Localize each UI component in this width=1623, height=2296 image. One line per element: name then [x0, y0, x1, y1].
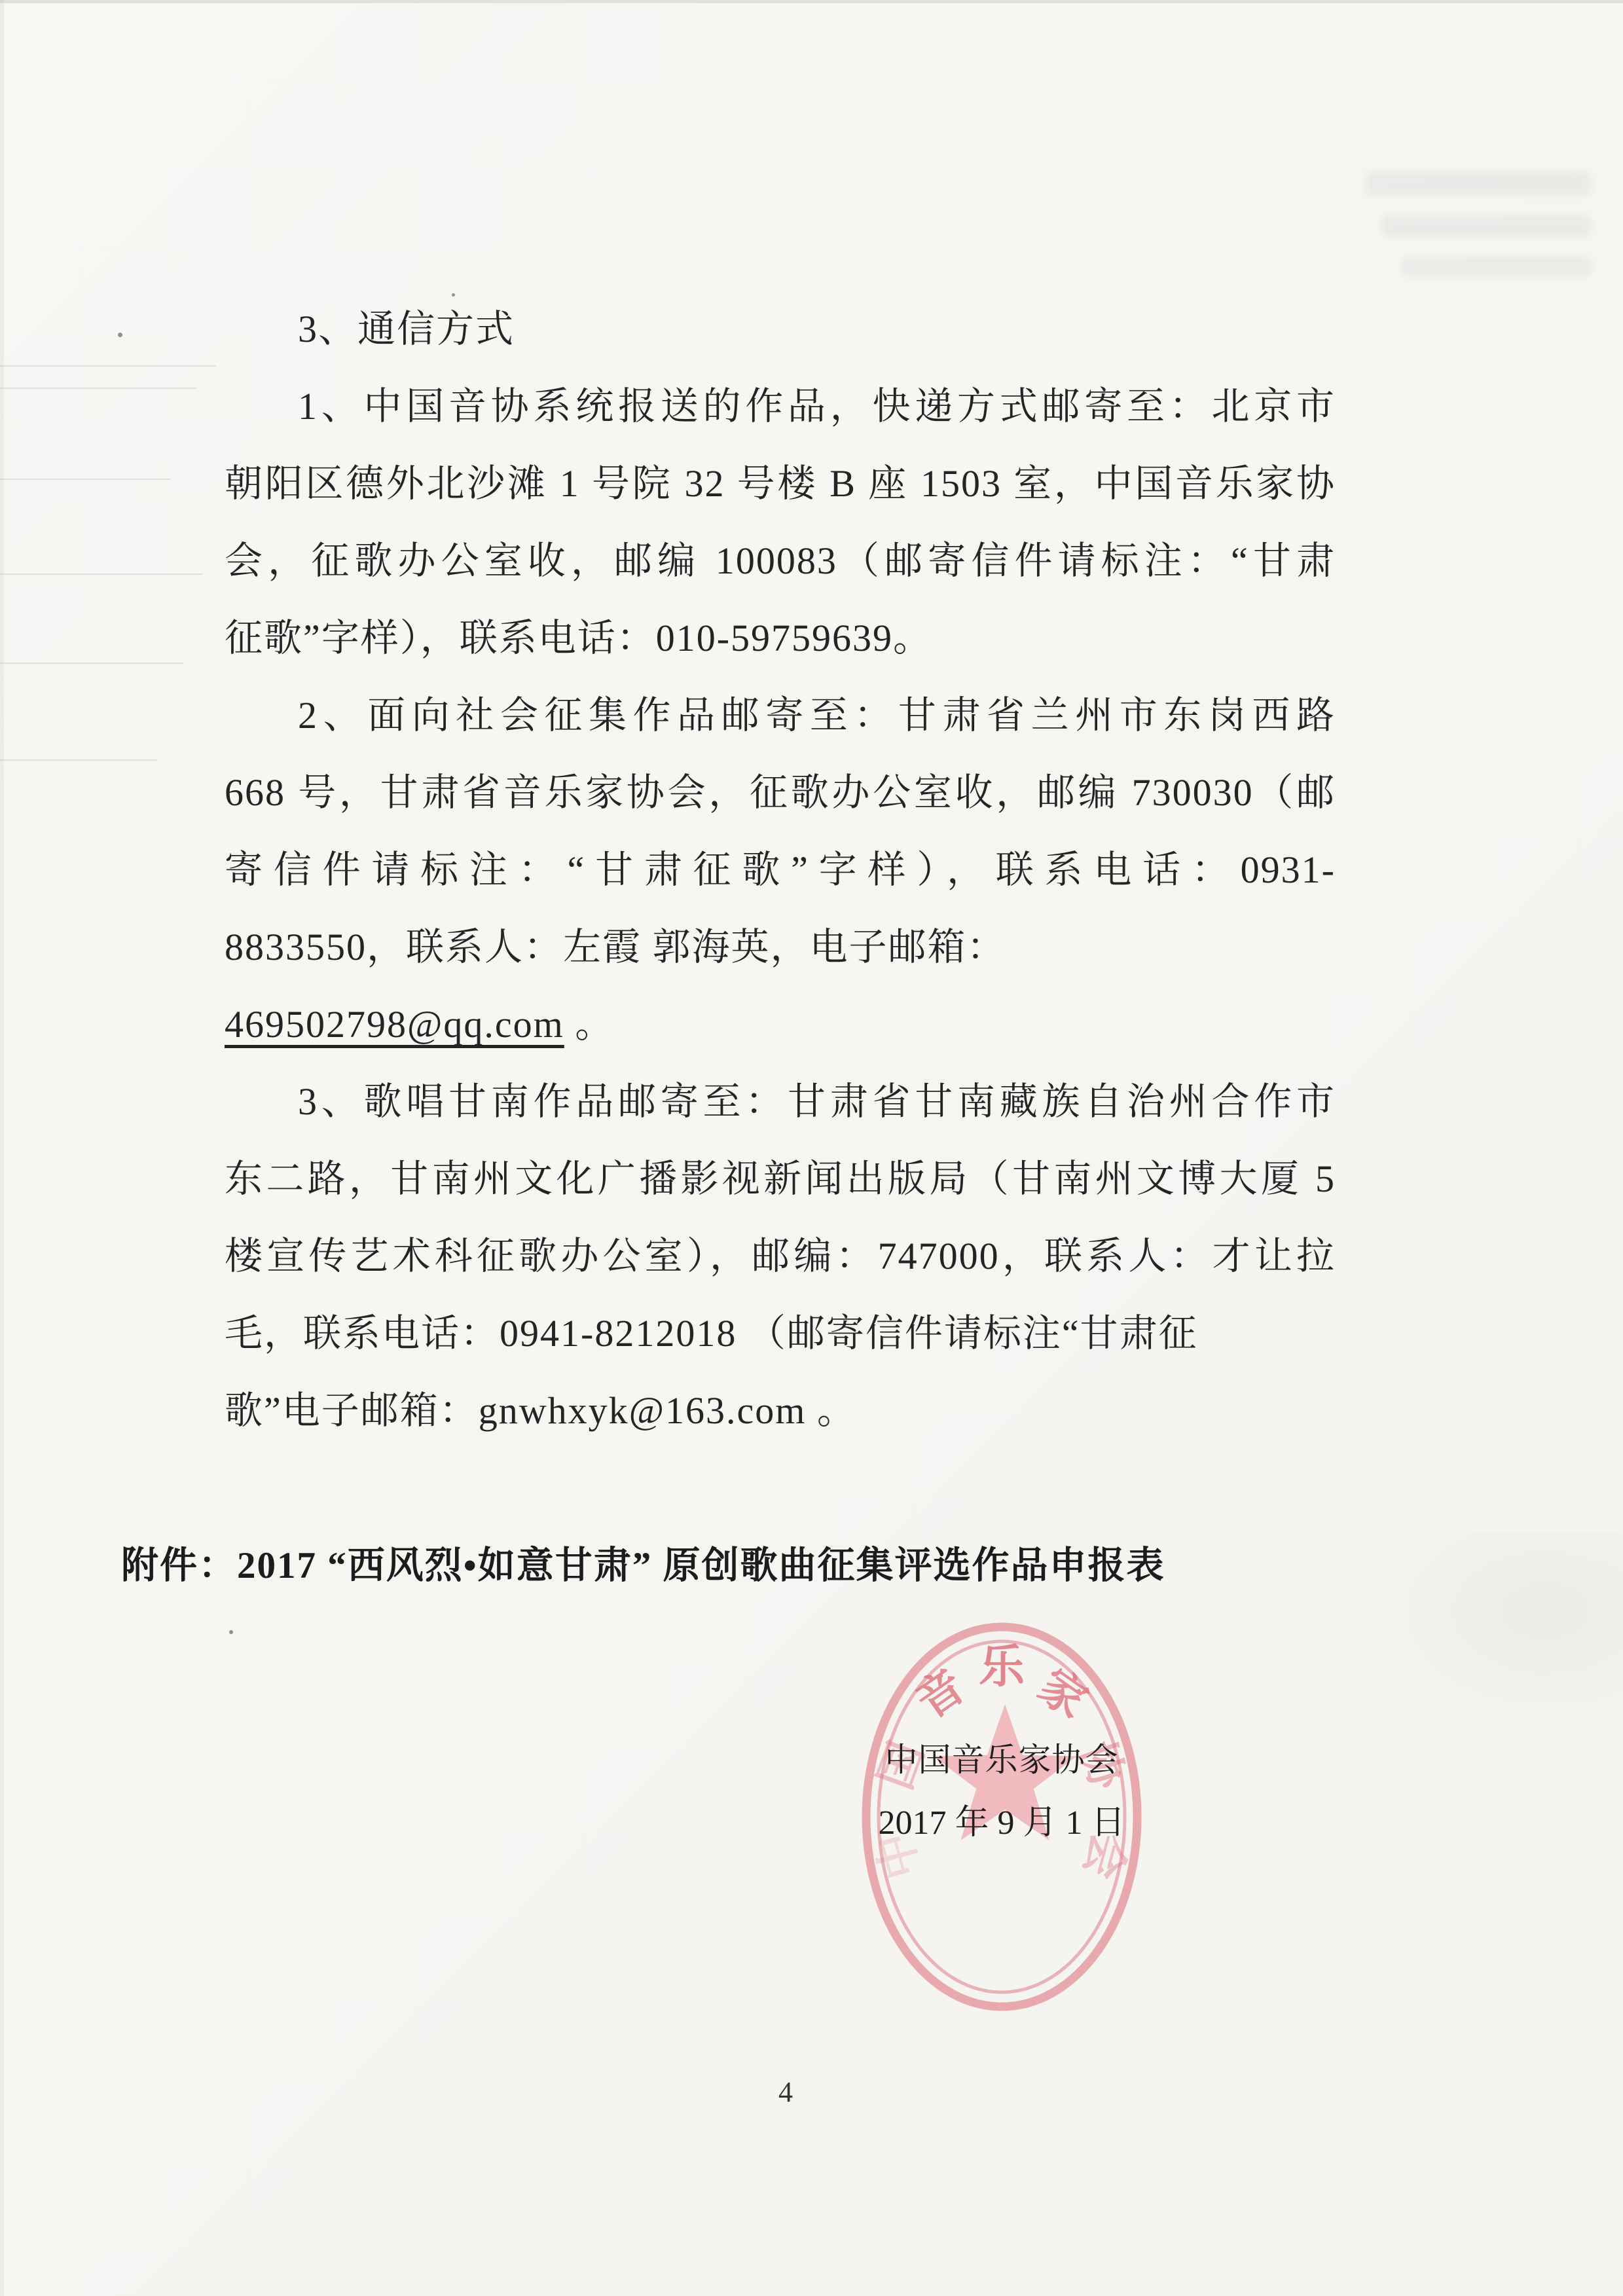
body-line: 3、通信方式 — [225, 291, 1336, 368]
email-suffix: 。 — [564, 1003, 615, 1046]
signature-date: 2017 年 9 月 1 日 — [845, 1804, 1159, 1843]
scan-artifact — [229, 1630, 233, 1634]
paper-crease — [1362, 1532, 1623, 1728]
scan-artifact — [0, 663, 183, 664]
scan-edge-shadow — [0, 0, 4, 2296]
body-line: 3、歌唱甘南作品邮寄至：甘肃省甘南藏族自治州合作市 — [225, 1063, 1336, 1140]
body-line-email: 469502798@qq.com 。 — [225, 986, 1336, 1063]
body-line: 歌”电子邮箱：gnwhxyk@163.com 。 — [225, 1372, 1336, 1449]
body-line: 东二路，甘南州文化广播影视新闻出版局（甘南州文博大厦 5 — [225, 1140, 1336, 1218]
scan-edge-shadow — [0, 0, 1623, 3]
email-address: 469502798@qq.com — [225, 1003, 564, 1046]
scan-artifact — [1401, 257, 1591, 276]
body-line: 朝阳区德外北沙滩 1 号院 32 号楼 B 座 1503 室，中国音乐家协 — [225, 445, 1336, 522]
body-line: 2、面向社会征集作品邮寄至：甘肃省兰州市东岗西路 — [225, 677, 1336, 754]
scan-artifact — [1365, 172, 1591, 196]
scan-artifact — [0, 479, 170, 480]
scan-artifact — [0, 574, 203, 575]
scan-artifact — [118, 333, 122, 337]
body-line: 会，征歌办公室收，邮编 100083（邮寄信件请标注：“甘肃 — [225, 522, 1336, 600]
body-line: 征歌”字样），联系电话：010-59759639。 — [225, 600, 1336, 677]
signature-org: 中国音乐家协会 — [845, 1740, 1159, 1779]
body-line: 毛，联系电话：0941-8212018 （邮寄信件请标注“甘肃征 — [225, 1295, 1336, 1372]
page-number: 4 — [746, 2074, 825, 2111]
scan-artifact — [0, 365, 216, 367]
body-line: 8833550，联系人：左霞 郭海英，电子邮箱： — [225, 909, 1336, 986]
body-line: 668 号，甘肃省音乐家协会，征歌办公室收，邮编 730030（邮 — [225, 754, 1336, 831]
attachment-note: 附件：2017 “西风烈•如意甘肃” 原创歌曲征集评选作品申报表 — [121, 1527, 1378, 1605]
body-line: 寄信件请标注：“甘肃征歌”字样），联系电话：0931- — [225, 831, 1336, 909]
scan-artifact — [0, 759, 157, 761]
scanned-document-page: 3、通信方式 1、中国音协系统报送的作品，快递方式邮寄至：北京市 朝阳区德外北沙… — [0, 0, 1623, 2296]
scan-artifact — [1381, 215, 1591, 237]
body-line: 楼宣传艺术科征歌办公室），邮编：747000，联系人：才让拉 — [225, 1218, 1336, 1295]
scan-artifact — [0, 388, 196, 389]
body-line: 1、中国音协系统报送的作品，快递方式邮寄至：北京市 — [225, 368, 1336, 445]
seal-arc-char: 乐 — [979, 1643, 1025, 1693]
